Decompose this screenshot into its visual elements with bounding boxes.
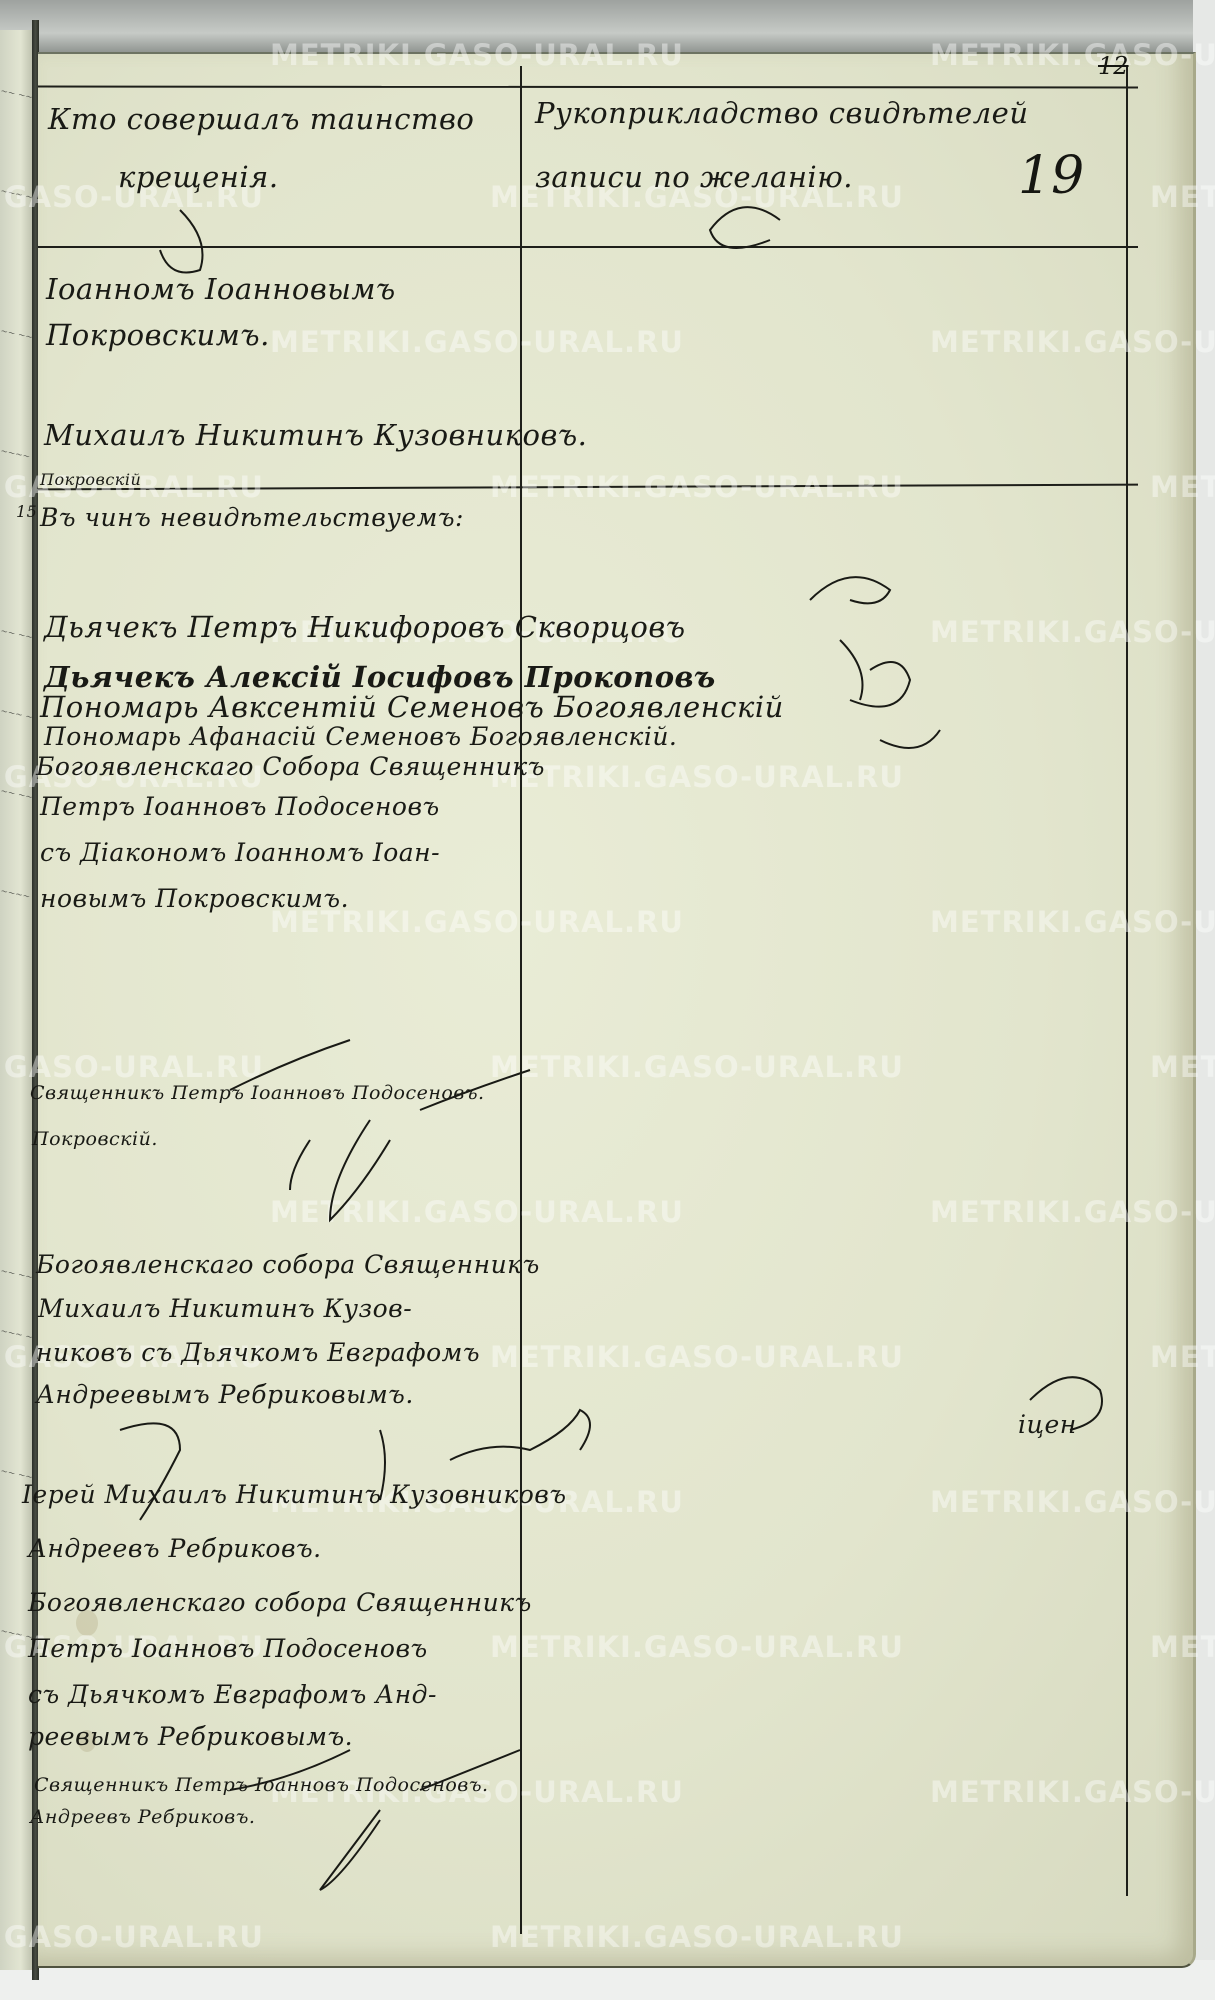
entry-4-line: Андреевымъ Ребриковымъ. <box>36 1380 414 1409</box>
right-column-note: іцен <box>1018 1410 1077 1439</box>
left-column-header-line2: крещенія. <box>118 160 279 194</box>
entry-1-line: Покровскимъ. <box>46 318 270 352</box>
margin-scribble: ~~ ~~~ <box>0 327 34 344</box>
previous-page-edge: ~~ ~~~ ~~~ ~~ ~~ ~~~ ~~~~ ~~ ~~ ~~~ ~ ~~… <box>0 30 34 1970</box>
entry-1-signature: Покровскій <box>40 470 141 489</box>
entry-2-signature: Богоявленскаго Собора Священникъ <box>36 752 545 781</box>
margin-scribble: ~~~ ~ <box>0 707 34 724</box>
margin-scribble: ~~~ ~ <box>0 1327 34 1344</box>
scanner-backdrop-top <box>0 0 1215 60</box>
right-column-header-line2: записи по желанію. <box>535 160 853 194</box>
entry-2-signature: Петръ Іоанновъ Подосеновъ <box>40 792 440 821</box>
right-column-header-line1: Рукоприкладство свидѣтелей <box>535 96 1029 130</box>
margin-scribble: ~~~~ <box>0 887 34 904</box>
entry-4-line: никовъ съ Дьячкомъ Евграфомъ <box>36 1338 480 1367</box>
entry-6-line: Петръ Іоанновъ Подосеновъ <box>28 1634 428 1663</box>
folio-number-struck: 12 <box>1098 52 1129 80</box>
margin-scribble: ~~~ ~~ <box>0 187 34 204</box>
entry-6-line: реевымъ Ребриковымъ. <box>28 1722 353 1751</box>
entry-6-line: съ Дьячкомъ Евграфомъ Анд- <box>28 1680 437 1709</box>
entry-4-line: Михаилъ Никитинъ Кузов- <box>38 1294 412 1323</box>
entry-2-line: Въ чинъ невидѣтельствуемъ: <box>40 503 464 532</box>
margin-scribble: ~~~~ <box>0 447 34 464</box>
entry-4-line: Богоявленскаго собора Священникъ <box>36 1250 540 1279</box>
entry-6-line: Богоявленскаго собора Священникъ <box>28 1588 532 1617</box>
entry-2-signature: Дьячекъ Петръ Никифоровъ Скворцовъ <box>44 610 686 644</box>
entry-6-signature: Священникъ Петръ Іоанновъ Подосеновъ. <box>34 1774 489 1796</box>
margin-scribble: ~~ ~~~ <box>0 787 34 804</box>
scanner-backdrop-right <box>1193 0 1215 2000</box>
entry-3-signature: Покровскій. <box>32 1128 158 1150</box>
left-column-header-line1: Кто совершалъ таинство <box>48 102 474 136</box>
entry-2-signature: Пономарь Авксентій Семеновъ Богоявленскі… <box>40 690 784 724</box>
entry-1-signature: Михаилъ Никитинъ Кузовниковъ. <box>44 418 587 452</box>
margin-scribble: ~~ ~~ <box>0 1267 34 1284</box>
entry-1-line: Іоанномъ Іоанновымъ <box>46 272 396 306</box>
entry-3-signature: Священникъ Петръ Іоанновъ Подосеновъ. <box>30 1082 485 1104</box>
entry-6-signature: Андреевъ Ребриковъ. <box>30 1806 255 1828</box>
entry-2-signature: Дьячекъ Алексій Іосифовъ Прокоповъ <box>44 660 716 694</box>
entry-margin-number: 15 <box>16 502 37 521</box>
entry-2-signature: новымъ Покровскимъ. <box>40 884 349 913</box>
column-divider-right <box>1126 66 1128 1896</box>
entry-2-signature: съ Діакономъ Іоанномъ Іоан- <box>40 838 440 867</box>
header-bottom-rule <box>38 246 1138 248</box>
entry-5-signature: Андреевъ Ребриковъ. <box>28 1534 322 1563</box>
margin-scribble: ~~ ~~ <box>0 627 34 644</box>
entry-5-signature: Іерей Михаилъ Никитинъ Кузовниковъ <box>22 1480 567 1509</box>
entry-2-signature: Пономарь Афанасій Семеновъ Богоявленскій… <box>44 722 677 751</box>
page-number: 19 <box>1018 146 1084 206</box>
column-divider-left <box>520 66 522 1934</box>
margin-scribble: ~~ ~~~ <box>0 87 34 104</box>
